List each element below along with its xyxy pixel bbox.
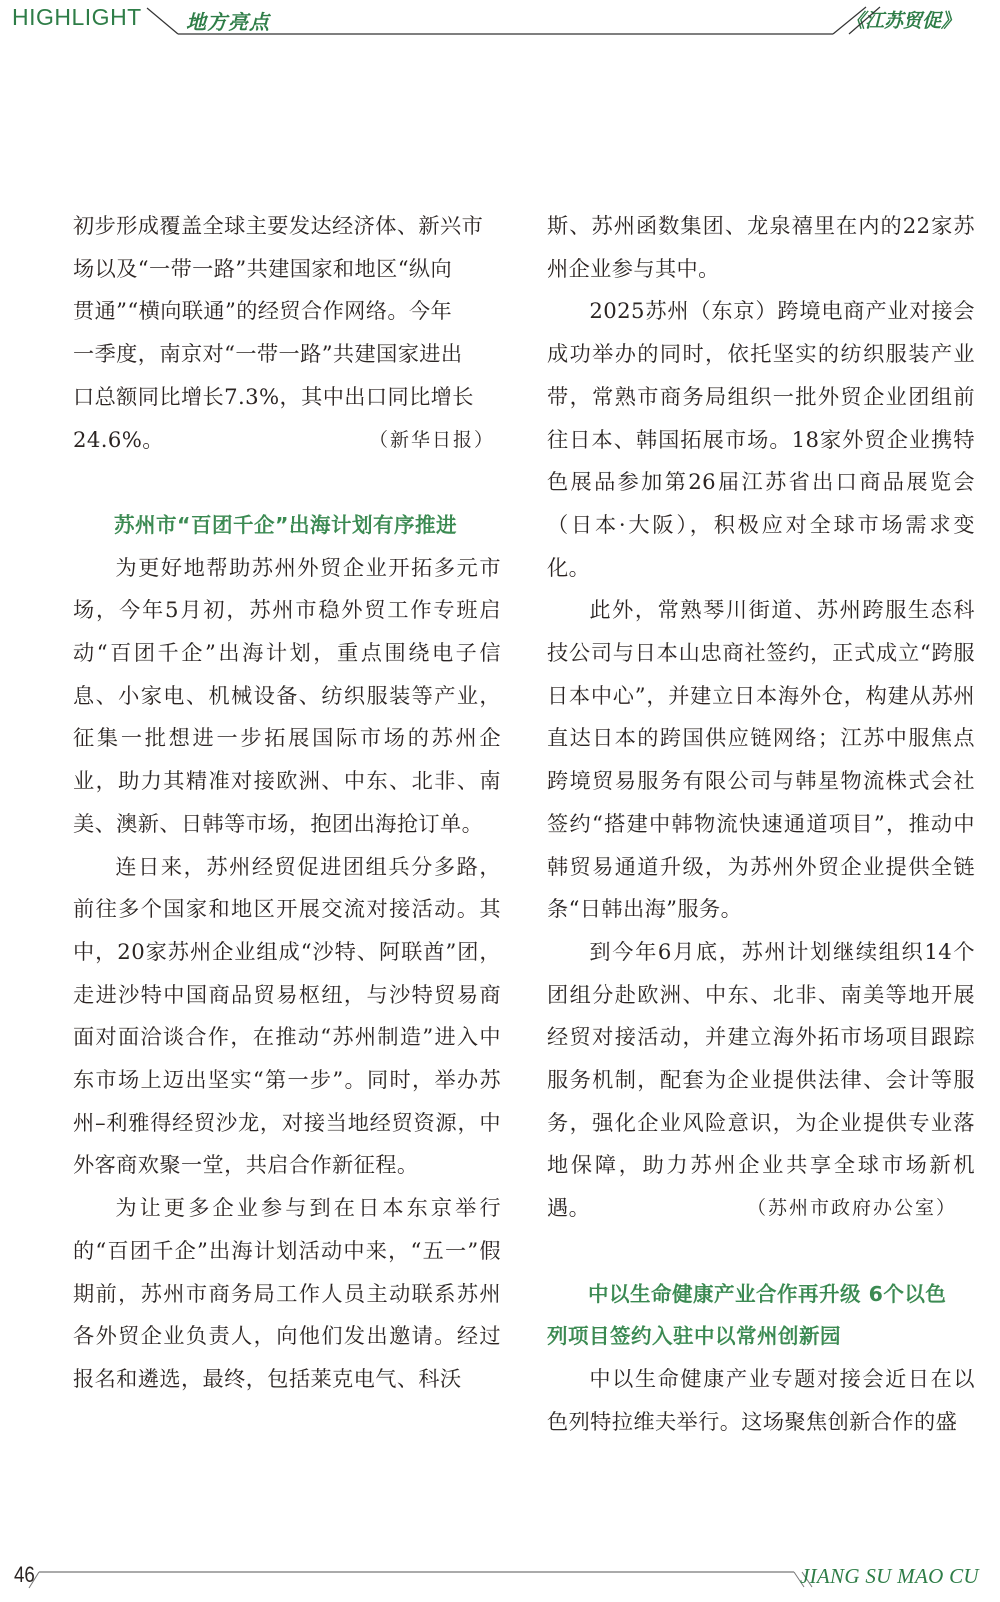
article-title-line1: 中以生命健康产业合作再升级 6个以色 xyxy=(547,1273,975,1316)
source-attribution: （新华日报） xyxy=(369,419,495,462)
paragraph: 此外，常熟琴川街道、苏州跨服生态科技公司与日本山忠商社签约，正式成立“跨服日本中… xyxy=(547,589,975,931)
magazine-name-en: JIANG SU MAO CU xyxy=(800,1564,979,1589)
right-column: 斯、苏州函数集团、龙泉禧里在内的22家苏州企业参与其中。 2025苏州（东京）跨… xyxy=(547,205,975,1443)
body-line: 一季度，南京对“一带一路”共建国家进出 xyxy=(73,333,501,376)
paragraph: 为让更多企业参与到在日本东京举行的“百团千企”出海计划活动中来，“五一”假期前，… xyxy=(73,1187,501,1401)
left-column: 初步形成覆盖全球主要发达经济体、新兴市 场以及“一带一路”共建国家和地区“纵向 … xyxy=(73,205,501,1401)
paragraph: 到今年6月底，苏州计划继续组织14个团组分赴欧洲、中东、北非、南美等地开展经贸对… xyxy=(547,931,975,1230)
paragraph: 为更好地帮助苏州外贸企业开拓多元市场，今年5月初，苏州市稳外贸工作专班启动“百团… xyxy=(73,547,501,846)
article-title-line2: 列项目签约入驻中以常州创新园 xyxy=(547,1315,975,1358)
paragraph: 连日来，苏州经贸促进团组兵分多路，前往多个国家和地区开展交流对接活动。其中，20… xyxy=(73,846,501,1188)
body-line: 场以及“一带一路”共建国家和地区“纵向 xyxy=(73,248,501,291)
spacer xyxy=(73,461,501,504)
paragraph: 2025苏州（东京）跨境电商产业对接会成功举办的同时，依托坚实的纺织服装产业带，… xyxy=(547,290,975,589)
page-number: 46 xyxy=(14,1562,35,1588)
body-line: 口总额同比增长7.3%，其中出口同比增长 xyxy=(73,376,501,419)
paragraph: 中以生命健康产业专题对接会近日在以色列特拉维夫举行。这场聚焦创新合作的盛 xyxy=(547,1358,975,1443)
source-attribution: （苏州市政府办公室） xyxy=(747,1187,957,1230)
spacer xyxy=(547,1230,975,1273)
body-line: 初步形成覆盖全球主要发达经济体、新兴市 xyxy=(73,205,501,248)
paragraph: 斯、苏州函数集团、龙泉禧里在内的22家苏州企业参与其中。 xyxy=(547,205,975,290)
article-title: 苏州市“百团千企”出海计划有序推进 xyxy=(73,504,501,547)
body-line: 贯通”“横向联通”的经贸合作网络。今年 xyxy=(73,290,501,333)
